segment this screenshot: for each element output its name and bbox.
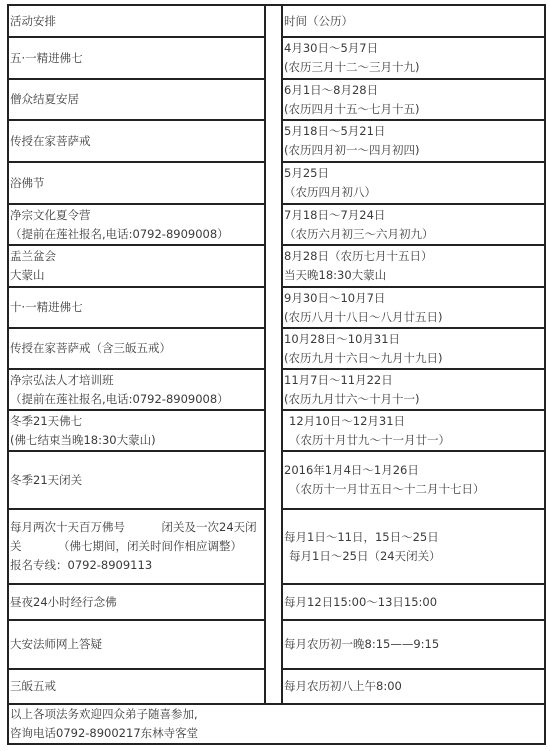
time-cell: 5月18日～5月21日(农历四月初一～四月初四) <box>282 120 545 162</box>
time-line: 2016年1月4日～1月26日 <box>284 461 544 480</box>
time-cell: 8月28日（农历七月十五日）当天晚18:30大蒙山 <box>282 245 545 287</box>
activity-line: 冬季21天闭关 <box>10 471 264 490</box>
time-cell: 9月30日～10月7日(农历八月十八日～八月廿五日) <box>282 287 545 328</box>
header-time: 时间（公历） <box>282 5 545 37</box>
footer-line: 咨询电话0792-8900217东林寺客堂 <box>10 724 544 743</box>
activity-cell: 传授在家菩萨戒（含三皈五戒） <box>8 328 265 369</box>
time-cell: 每月农历初一晚8:15——9:15 <box>282 620 545 669</box>
activity-cell: 每月两次十天百万佛号 闭关及一次24天闭关 （佛七期间，闭关时间作相应调整）报名… <box>8 509 265 584</box>
time-cell: 7月18日～7月24日（农历六月初三～六月初九） <box>282 204 545 245</box>
activity-cell: 三皈五戒 <box>8 669 265 704</box>
time-line: (农历三月十二～三月十九) <box>284 58 544 77</box>
activity-line: 盂兰盆会 <box>10 247 264 266</box>
activity-line: 净宗文化夏令营 <box>10 206 264 225</box>
activity-cell: 传授在家菩萨戒 <box>8 120 265 162</box>
header-activity-label: 活动安排 <box>10 12 264 31</box>
time-line: 11月7日～11月22日 <box>284 371 544 390</box>
activity-line: 大安法师网上答疑 <box>10 635 264 654</box>
time-cell: 2016年1月4日～1月26日（农历十一月廿五日～十二月十七日） <box>282 451 545 509</box>
time-line: （农历十月廿九～十一月廿一） <box>284 431 544 450</box>
activity-line: 大蒙山 <box>10 266 264 285</box>
time-cell: 10月28日～10月31日(农历九月十六日～九月十九日) <box>282 328 545 369</box>
time-line: (农历九月廿六～十月十一) <box>284 390 544 409</box>
activity-cell: 净宗弘法人才培训班（提前在莲社报名,电话:0792-8909008） <box>8 369 265 410</box>
time-cell: 6月1日～8月28日(农历四月十五～七月十五) <box>282 79 545 120</box>
activity-line: （提前在莲社报名,电话:0792-8909008） <box>10 390 264 409</box>
time-line: 每月1日～25日（24天闭关） <box>284 547 544 566</box>
time-line: （农历十一月廿五日～十二月十七日） <box>284 480 544 499</box>
time-cell: 每月12日15:00～13日15:00 <box>282 584 545 620</box>
activity-line: 关 （佛七期间，闭关时间作相应调整） <box>10 537 264 556</box>
time-line: 7月18日～7月24日 <box>284 206 544 225</box>
activity-cell: 浴佛节 <box>8 162 265 204</box>
time-line: （农历六月初三～六月初九） <box>284 225 544 244</box>
activity-cell: 盂兰盆会大蒙山 <box>8 245 265 287</box>
activity-line: 浴佛节 <box>10 174 264 193</box>
activity-cell: 净宗文化夏令营（提前在莲社报名,电话:0792-8909008） <box>8 204 265 245</box>
time-line: 每月1日～11日，15日～25日 <box>284 528 544 547</box>
activity-line: 每月两次十天百万佛号 闭关及一次24天闭 <box>10 518 264 537</box>
activity-line: 昼夜24小时经行念佛 <box>10 593 264 612</box>
activity-line: 五·一精进佛七 <box>10 49 264 68</box>
activity-line: 僧众结夏安居 <box>10 90 264 109</box>
time-line: (农历四月十五～七月十五) <box>284 100 544 119</box>
time-line: 6月1日～8月28日 <box>284 81 544 100</box>
activity-cell: 大安法师网上答疑 <box>8 620 265 669</box>
activity-cell: 冬季21天佛七(佛七结束当晚18:30大蒙山) <box>8 410 265 451</box>
time-line: 9月30日～10月7日 <box>284 289 544 308</box>
time-line: 当天晚18:30大蒙山 <box>284 266 544 285</box>
time-cell: 4月30日～5月7日(农历三月十二～三月十九) <box>282 37 545 79</box>
column-gap <box>265 5 282 704</box>
activity-cell: 昼夜24小时经行念佛 <box>8 584 265 620</box>
header-time-label: 时间（公历） <box>284 12 544 31</box>
time-cell: 11月7日～11月22日(农历九月廿六～十月十一) <box>282 369 545 410</box>
table-footer-row: 以上各项法务欢迎四众弟子随喜参加,咨询电话0792-8900217东林寺客堂 <box>8 704 545 744</box>
activity-cell: 僧众结夏安居 <box>8 79 265 120</box>
schedule-table: 活动安排 时间（公历） 五·一精进佛七 4月30日～5月7日(农历三月十二～三月… <box>7 4 546 745</box>
footer-line: 以上各项法务欢迎四众弟子随喜参加, <box>10 705 544 724</box>
time-cell: 12月10日～12月31日（农历十月廿九～十一月廿一） <box>282 410 545 451</box>
time-cell: 每月1日～11日，15日～25日每月1日～25日（24天闭关） <box>282 509 545 584</box>
time-line: 8月28日（农历七月十五日） <box>284 247 544 266</box>
activity-line: (佛七结束当晚18:30大蒙山) <box>10 431 264 450</box>
time-line: 4月30日～5月7日 <box>284 39 544 58</box>
table-header-row: 活动安排 时间（公历） <box>8 5 545 37</box>
time-line: 5月18日～5月21日 <box>284 122 544 141</box>
activity-cell: 十·一精进佛七 <box>8 287 265 328</box>
time-line: 每月农历初八上午8:00 <box>284 677 544 696</box>
time-line: (农历九月十六日～九月十九日) <box>284 349 544 368</box>
activity-line: 三皈五戒 <box>10 677 264 696</box>
activity-line: （提前在莲社报名,电话:0792-8909008） <box>10 225 264 244</box>
activity-line: 传授在家菩萨戒（含三皈五戒） <box>10 339 264 358</box>
time-cell: 5月25日（农历四月初八） <box>282 162 545 204</box>
time-line: 每月农历初一晚8:15——9:15 <box>284 635 544 654</box>
time-line: （农历四月初八） <box>284 183 544 202</box>
activity-cell: 五·一精进佛七 <box>8 37 265 79</box>
time-line: 12月10日～12月31日 <box>284 412 544 431</box>
time-line: 10月28日～10月31日 <box>284 330 544 349</box>
activity-cell: 冬季21天闭关 <box>8 451 265 509</box>
time-line: (农历八月十八日～八月廿五日) <box>284 308 544 327</box>
footer-note: 以上各项法务欢迎四众弟子随喜参加,咨询电话0792-8900217东林寺客堂 <box>8 704 545 744</box>
time-line: (农历四月初一～四月初四) <box>284 141 544 160</box>
activity-line: 报名专线：0792-8909113 <box>10 556 264 575</box>
time-line: 每月12日15:00～13日15:00 <box>284 593 544 612</box>
time-line: 5月25日 <box>284 164 544 183</box>
activity-line: 净宗弘法人才培训班 <box>10 371 264 390</box>
activity-line: 冬季21天佛七 <box>10 412 264 431</box>
time-cell: 每月农历初八上午8:00 <box>282 669 545 704</box>
activity-line: 传授在家菩萨戒 <box>10 132 264 151</box>
activity-line: 十·一精进佛七 <box>10 298 264 317</box>
header-activity: 活动安排 <box>8 5 265 37</box>
